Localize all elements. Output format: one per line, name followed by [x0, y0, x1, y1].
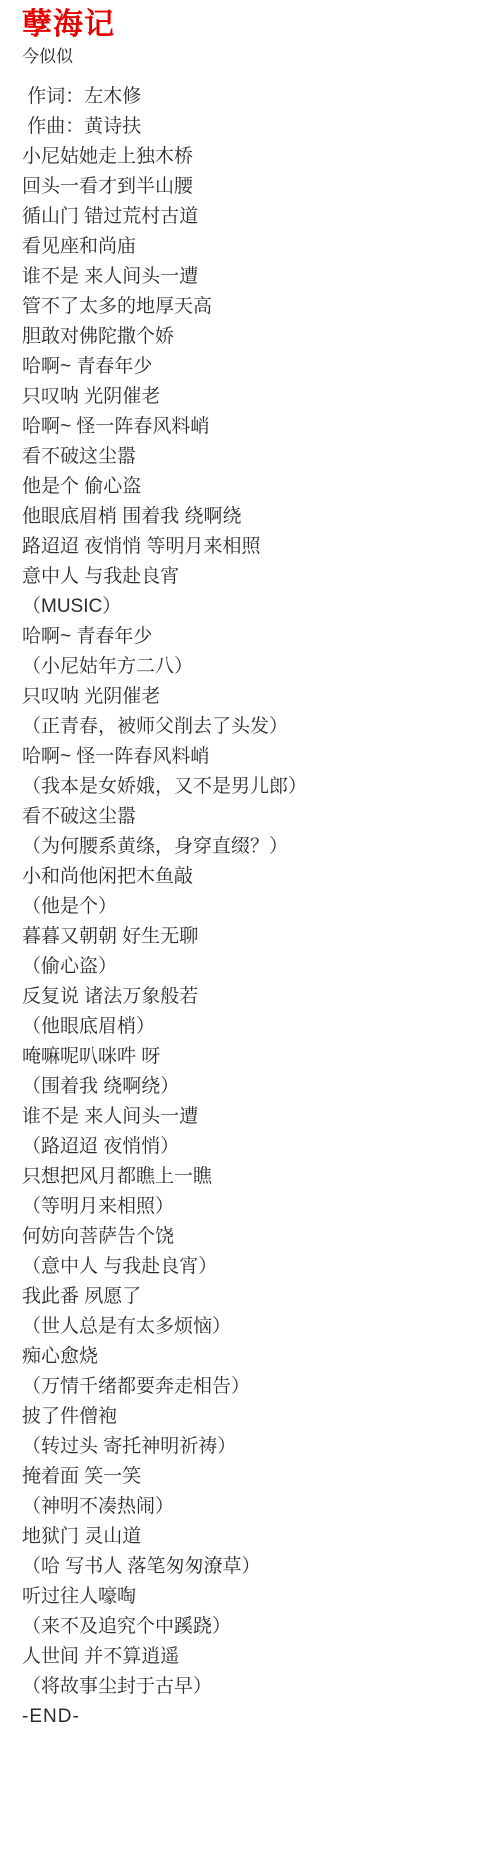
end-marker: -END-: [22, 1702, 482, 1732]
lyric-line: （MUSIC）: [22, 592, 482, 622]
lyric-line: 只叹呐 光阴催老: [22, 382, 482, 412]
song-title: 孽海记: [22, 8, 482, 42]
lyric-line: （他是个）: [22, 892, 482, 922]
lyric-line: 哈啊~ 怪一阵春风料峭: [22, 742, 482, 772]
lyric-line: （围着我 绕啊绕）: [22, 1072, 482, 1102]
lyric-line: 人世间 并不算逍遥: [22, 1642, 482, 1672]
lyric-line: 他眼底眉梢 围着我 绕啊绕: [22, 502, 482, 532]
lyric-line: （正青春，被师父削去了头发）: [22, 712, 482, 742]
lyric-line: （神明不凑热闹）: [22, 1492, 482, 1522]
lyric-line: 谁不是 来人间头一遭: [22, 1102, 482, 1132]
lyric-line: 意中人 与我赴良宵: [22, 562, 482, 592]
lyric-line: 听过往人嚎啕: [22, 1582, 482, 1612]
lyric-line: 唵嘛呢叭咪吽 呀: [22, 1042, 482, 1072]
lyric-line: （哈 写书人 落笔匆匆潦草）: [22, 1552, 482, 1582]
lyric-line: 只叹呐 光阴催老: [22, 682, 482, 712]
lyric-line: （为何腰系黄绦，身穿直缀？）: [22, 832, 482, 862]
lyric-line: 只想把风月都瞧上一瞧: [22, 1162, 482, 1192]
lyric-line: 我此番 夙愿了: [22, 1282, 482, 1312]
credit-line: 作词：左木修: [22, 82, 482, 112]
lyric-line: （世人总是有太多烦恼）: [22, 1312, 482, 1342]
lyric-line: 看见座和尚庙: [22, 232, 482, 262]
lyric-line: （等明月来相照）: [22, 1192, 482, 1222]
lyric-line: 路迢迢 夜悄悄 等明月来相照: [22, 532, 482, 562]
artist-name: 今似似: [22, 46, 482, 68]
lyric-line: （万情千绪都要奔走相告）: [22, 1372, 482, 1402]
lyric-line: 谁不是 来人间头一遭: [22, 262, 482, 292]
lyric-line: 反复说 诸法万象般若: [22, 982, 482, 1012]
lyric-line: 回头一看才到半山腰: [22, 172, 482, 202]
lyric-line: （我本是女娇娥，又不是男儿郎）: [22, 772, 482, 802]
credits-block: 作词：左木修 作曲：黄诗扶: [22, 82, 482, 142]
lyric-line: （将故事尘封于古早）: [22, 1672, 482, 1702]
lyric-line: （小尼姑年方二八）: [22, 652, 482, 682]
lyric-line: 痴心愈烧: [22, 1342, 482, 1372]
lyric-line: 胆敢对佛陀撒个娇: [22, 322, 482, 352]
lyric-line: 披了件僧袍: [22, 1402, 482, 1432]
lyric-line: 地狱门 灵山道: [22, 1522, 482, 1552]
lyric-line: 何妨向菩萨告个饶: [22, 1222, 482, 1252]
lyric-line: （意中人 与我赴良宵）: [22, 1252, 482, 1282]
lyrics-body: 小尼姑她走上独木桥回头一看才到半山腰循山门 错过荒村古道看见座和尚庙谁不是 来人…: [22, 142, 482, 1702]
lyric-line: 管不了太多的地厚天高: [22, 292, 482, 322]
lyric-line: 哈啊~ 怪一阵春风料峭: [22, 412, 482, 442]
credit-line: 作曲：黄诗扶: [22, 112, 482, 142]
lyric-line: 他是个 偷心盗: [22, 472, 482, 502]
lyric-line: （转过头 寄托神明祈祷）: [22, 1432, 482, 1462]
lyric-line: 暮暮又朝朝 好生无聊: [22, 922, 482, 952]
lyric-line: 哈啊~ 青春年少: [22, 352, 482, 382]
lyric-line: 小和尚他闲把木鱼敲: [22, 862, 482, 892]
lyric-line: （路迢迢 夜悄悄）: [22, 1132, 482, 1162]
lyric-line: （偷心盗）: [22, 952, 482, 982]
lyric-line: 看不破这尘嚣: [22, 802, 482, 832]
lyric-line: 掩着面 笑一笑: [22, 1462, 482, 1492]
lyrics-page: 孽海记 今似似 作词：左木修 作曲：黄诗扶 小尼姑她走上独木桥回头一看才到半山腰…: [0, 0, 500, 1732]
lyric-line: （来不及追究个中蹊跷）: [22, 1612, 482, 1642]
lyric-line: 哈啊~ 青春年少: [22, 622, 482, 652]
lyric-line: （他眼底眉梢）: [22, 1012, 482, 1042]
lyric-line: 循山门 错过荒村古道: [22, 202, 482, 232]
lyric-line: 小尼姑她走上独木桥: [22, 142, 482, 172]
lyric-line: 看不破这尘嚣: [22, 442, 482, 472]
